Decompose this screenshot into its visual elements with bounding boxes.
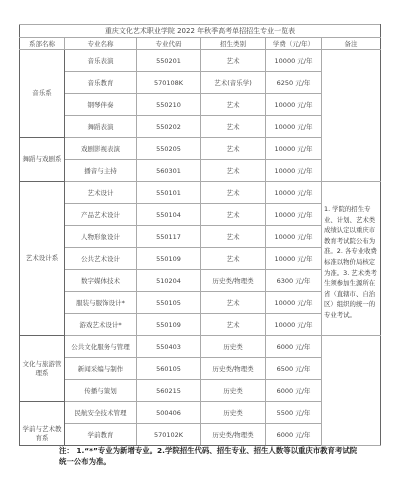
fee-cell: 10000 元/年 [266, 248, 322, 270]
department-cell: 艺术设计系 [20, 182, 65, 336]
category-cell: 历史类/物理类 [201, 424, 266, 446]
header-remarks: 备注 [322, 38, 381, 50]
fee-cell: 10000 元/年 [266, 204, 322, 226]
table-row: 艺术设计系 艺术设计 550101 艺术 10000 元/年 1. 学院的招生专… [20, 182, 381, 204]
header-major: 专业名称 [65, 38, 137, 50]
category-cell: 历史类 [201, 380, 266, 402]
major-cell: 服装与服饰设计* [65, 292, 137, 314]
major-cell: 音乐教育 [65, 72, 137, 94]
fee-cell: 6000 元/年 [266, 336, 322, 358]
category-cell: 历史类 [201, 336, 266, 358]
code-cell: 550202 [137, 116, 201, 138]
department-cell: 舞蹈与戏剧系 [20, 138, 65, 182]
code-cell: 570102K [137, 424, 201, 446]
category-cell: 艺术(音乐学) [201, 72, 266, 94]
major-cell: 数字媒体技术 [65, 270, 137, 292]
major-cell: 音乐表演 [65, 50, 137, 72]
header-code: 专业代码 [137, 38, 201, 50]
code-cell: 550109 [137, 314, 201, 336]
category-cell: 历史类/物理类 [201, 358, 266, 380]
remarks-cell-empty [322, 336, 381, 446]
department-cell: 音乐系 [20, 50, 65, 138]
table-title: 重庆文化艺术职业学院 2022 年秋季高考单招招生专业一览表 [20, 25, 381, 38]
footnote: 注： 1.“*”专业为新增专业。2.学院招生代码、招生专业、招生人数等以重庆市教… [59, 445, 359, 467]
major-cell: 播音与主持 [65, 160, 137, 182]
fee-cell: 5500 元/年 [266, 402, 322, 424]
fee-cell: 6000 元/年 [266, 380, 322, 402]
fee-cell: 6000 元/年 [266, 424, 322, 446]
fee-cell: 10000 元/年 [266, 50, 322, 72]
remarks-notes: 1. 学院的招生专业、计划、艺术类成绩认定以重庆市教育考试院公布为准。2. 各专… [322, 182, 381, 336]
code-cell: 560301 [137, 160, 201, 182]
code-cell: 550201 [137, 50, 201, 72]
major-cell: 传播与策划 [65, 380, 137, 402]
major-cell: 公共艺术设计 [65, 248, 137, 270]
category-cell: 艺术 [201, 182, 266, 204]
code-cell: 560215 [137, 380, 201, 402]
header-fee: 学费（元/年） [266, 38, 322, 50]
category-cell: 艺术 [201, 204, 266, 226]
fee-cell: 10000 元/年 [266, 116, 322, 138]
fee-cell: 10000 元/年 [266, 182, 322, 204]
code-cell: 550210 [137, 94, 201, 116]
fee-cell: 6250 元/年 [266, 72, 322, 94]
fee-cell: 6300 元/年 [266, 270, 322, 292]
code-cell: 550101 [137, 182, 201, 204]
major-cell: 公共文化服务与管理 [65, 336, 137, 358]
major-cell: 钢琴伴奏 [65, 94, 137, 116]
fee-cell: 10000 元/年 [266, 94, 322, 116]
fee-cell: 10000 元/年 [266, 314, 322, 336]
code-cell: 550105 [137, 292, 201, 314]
code-cell: 560105 [137, 358, 201, 380]
code-cell: 550403 [137, 336, 201, 358]
code-cell: 550205 [137, 138, 201, 160]
category-cell: 历史类 [201, 402, 266, 424]
major-cell: 艺术设计 [65, 182, 137, 204]
fee-cell: 10000 元/年 [266, 226, 322, 248]
major-cell: 游戏艺术设计* [65, 314, 137, 336]
major-cell: 民航安全技术管理 [65, 402, 137, 424]
major-cell: 产品艺术设计 [65, 204, 137, 226]
category-cell: 艺术 [201, 226, 266, 248]
category-cell: 艺术 [201, 94, 266, 116]
code-cell: 570108K [137, 72, 201, 94]
fee-cell: 10000 元/年 [266, 292, 322, 314]
category-cell: 艺术 [201, 248, 266, 270]
fee-cell: 10000 元/年 [266, 138, 322, 160]
major-cell: 戏剧影视表演 [65, 138, 137, 160]
major-cell: 学前教育 [65, 424, 137, 446]
remarks-cell-empty [322, 50, 381, 182]
category-cell: 艺术 [201, 138, 266, 160]
enrollment-table: 重庆文化艺术职业学院 2022 年秋季高考单招招生专业一览表 系部名称 专业名称… [19, 24, 381, 446]
fee-cell: 10000 元/年 [266, 160, 322, 182]
category-cell: 艺术 [201, 160, 266, 182]
table-row: 文化与旅游管理系 公共文化服务与管理 550403 历史类 6000 元/年 [20, 336, 381, 358]
header-department: 系部名称 [20, 38, 65, 50]
code-cell: 550104 [137, 204, 201, 226]
table-row: 音乐系 音乐表演 550201 艺术 10000 元/年 [20, 50, 381, 72]
header-category: 招生类别 [201, 38, 266, 50]
major-cell: 舞蹈表演 [65, 116, 137, 138]
code-cell: 500406 [137, 402, 201, 424]
category-cell: 艺术 [201, 50, 266, 72]
major-cell: 人物形象设计 [65, 226, 137, 248]
category-cell: 艺术 [201, 116, 266, 138]
category-cell: 艺术 [201, 314, 266, 336]
category-cell: 历史类/物理类 [201, 270, 266, 292]
code-cell: 510204 [137, 270, 201, 292]
code-cell: 550109 [137, 248, 201, 270]
department-cell: 文化与旅游管理系 [20, 336, 65, 402]
fee-cell: 6500 元/年 [266, 358, 322, 380]
category-cell: 艺术 [201, 292, 266, 314]
code-cell: 550117 [137, 226, 201, 248]
major-cell: 新闻采编与制作 [65, 358, 137, 380]
department-cell: 学前与艺术教育系 [20, 402, 65, 446]
